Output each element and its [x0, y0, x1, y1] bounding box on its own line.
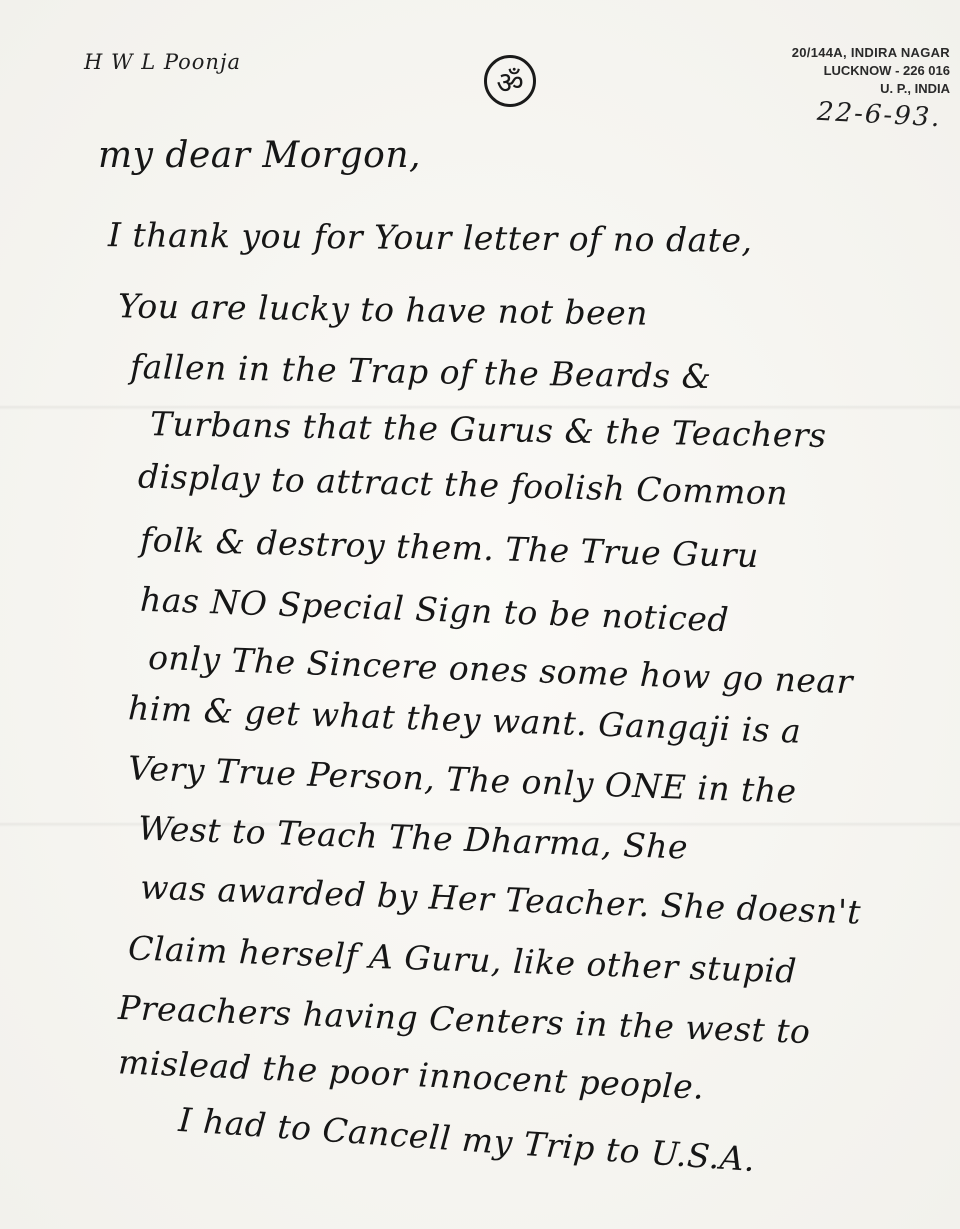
address-line-3: U. P., INDIA — [792, 80, 950, 98]
address-line-1: 20/144A, INDIRA NAGAR — [792, 44, 950, 62]
letter-line: You are lucky to have not been — [118, 286, 648, 332]
letter-date: 22-6-93. — [817, 97, 943, 133]
om-emblem-icon: ॐ — [484, 55, 536, 107]
letter-line: I thank you for Your letter of no date, — [108, 215, 753, 260]
salutation: my dear Morgon, — [98, 135, 421, 176]
letterhead-address: 20/144A, INDIRA NAGAR LUCKNOW - 226 016 … — [792, 44, 950, 98]
address-line-2: LUCKNOW - 226 016 — [792, 62, 950, 80]
om-glyph: ॐ — [496, 61, 523, 102]
sender-name: H W L Poonja — [84, 50, 241, 74]
